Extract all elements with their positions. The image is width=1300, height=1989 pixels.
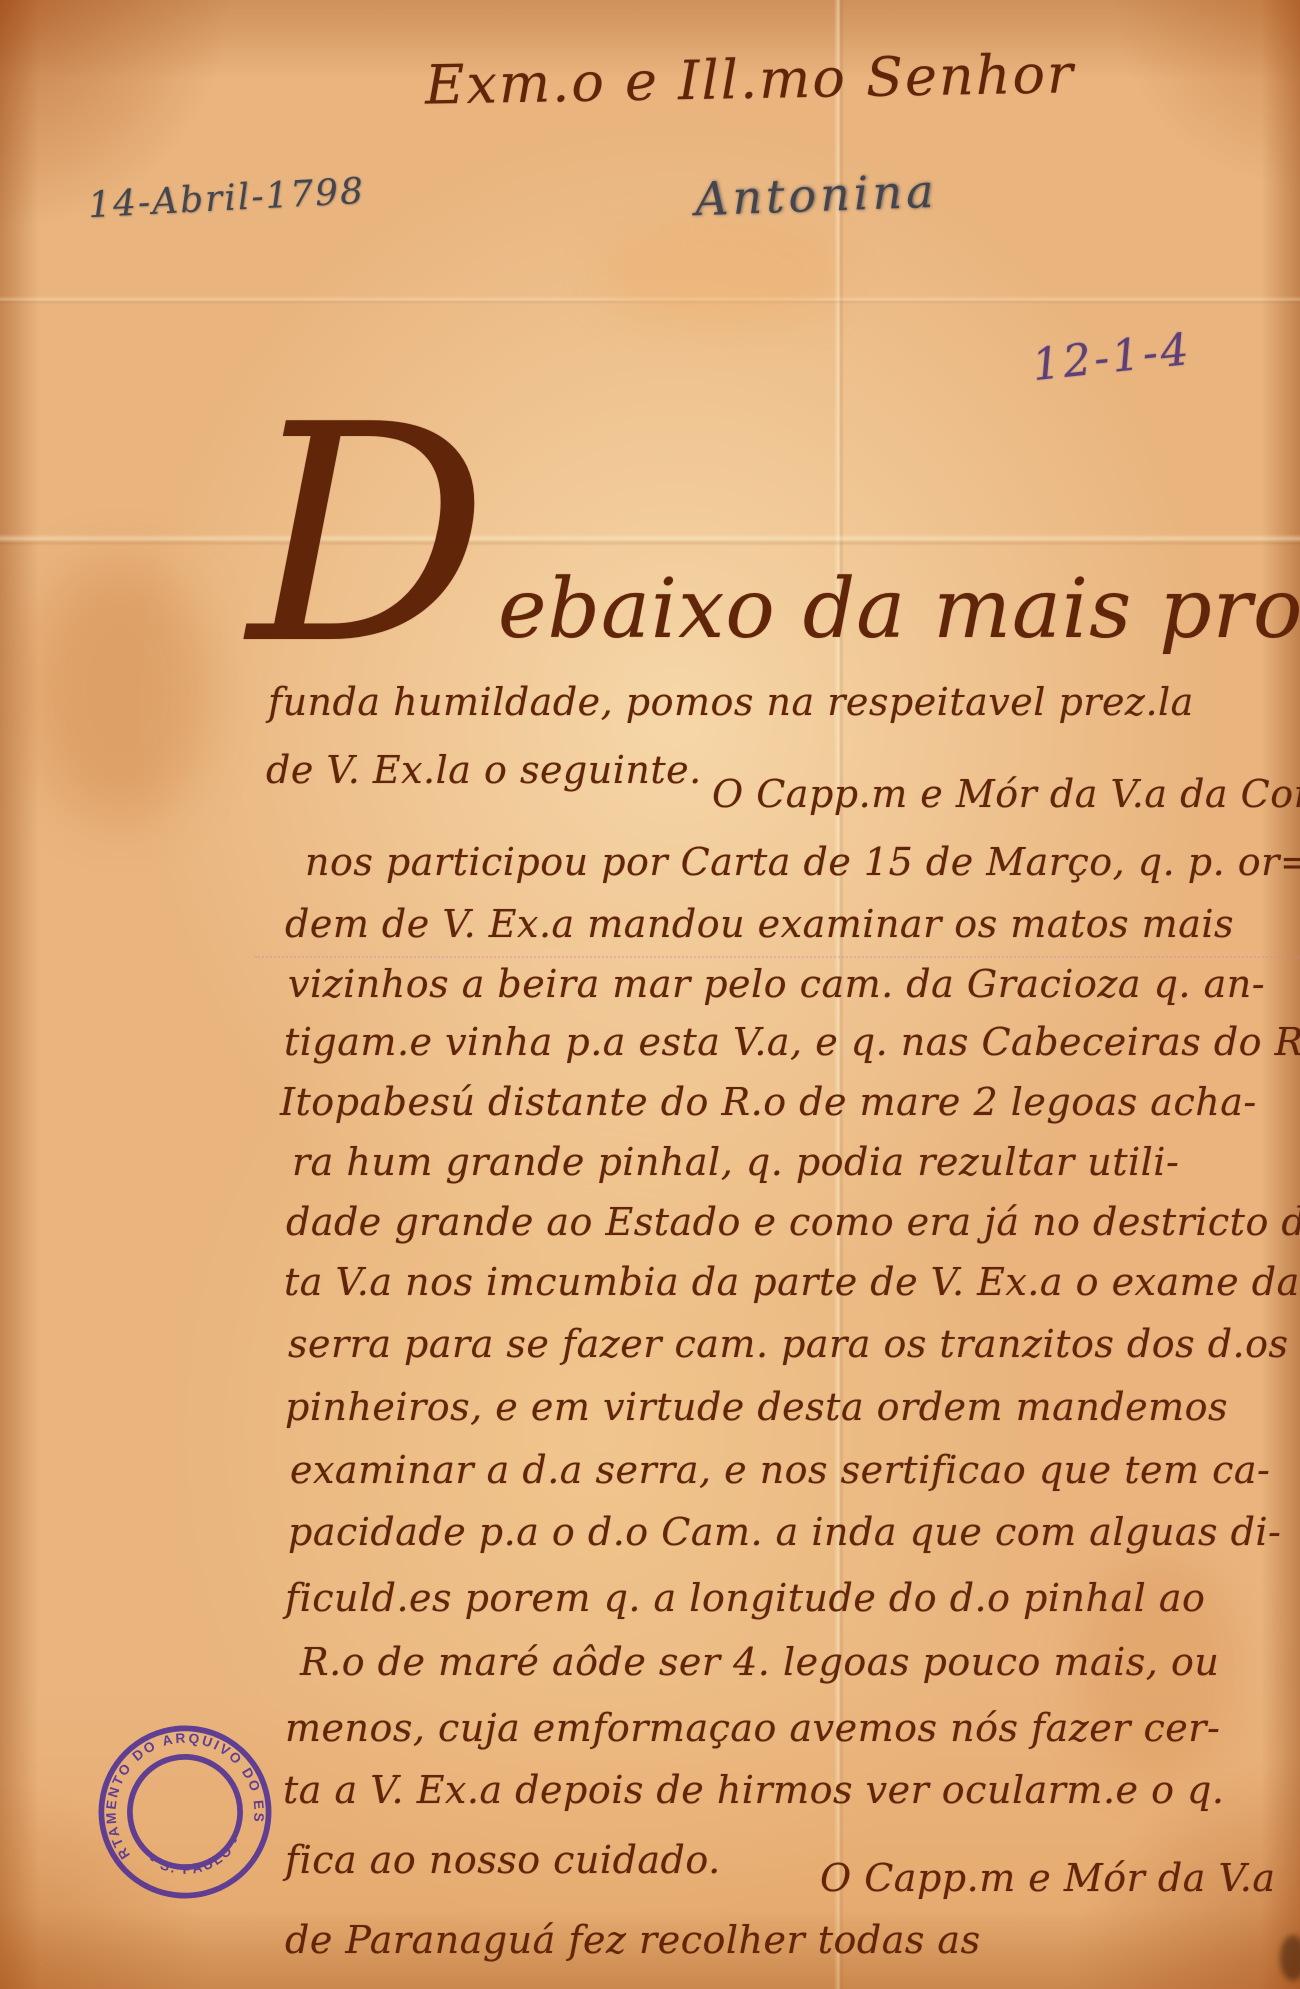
manuscript-line: de Paranaguá fez recolher todas as (285, 1918, 981, 1962)
manuscript-line: dem de V. Ex.a mandou examinar os matos … (285, 902, 1234, 946)
stamp-inner-circle (118, 1745, 252, 1879)
manuscript-line: O Capp.m e Mór da V.a (820, 1856, 1276, 1900)
manuscript-line: ficuld.es porem q. a longitude do d.o pi… (285, 1576, 1205, 1620)
opening-line-text: ebaixo da mais pro— (498, 562, 1300, 657)
page-corner-curl (1280, 1935, 1300, 1981)
opening-drop-cap: D (248, 428, 489, 644)
manuscript-line: ta a V. Ex.a depois de hirmos ver ocular… (283, 1768, 1224, 1812)
manuscript-line: Itopabesú distante do R.o de mare 2 lego… (280, 1080, 1257, 1124)
manuscript-line: vizinhos a beira mar pelo cam. da Gracio… (288, 962, 1265, 1006)
manuscript-line: funda humildade, pomos na respeitavel pr… (268, 680, 1194, 724)
pencil-date-annotation: 14-Abril-1798 (87, 171, 366, 226)
manuscript-line: de V. Ex.la o seguinte. (266, 748, 702, 792)
manuscript-line: ta V.a nos imcumbia da parte de V. Ex.a … (284, 1260, 1300, 1304)
paper-stain (30, 560, 210, 820)
manuscript-line: ra hum grande pinhal, q. podia rezultar … (292, 1140, 1179, 1184)
scan-artifact-line (255, 956, 1300, 958)
pencil-place-annotation: Antonina (694, 164, 938, 226)
manuscript-line: pacidade p.a o d.o Cam. a inda que com a… (288, 1510, 1281, 1554)
paper-fold-horizontal (0, 534, 1300, 546)
manuscript-line: O Capp.m e Mór da V.a da Cor.a (712, 772, 1300, 816)
manuscript-line: menos, cuja emformaçao avemos nós fazer … (285, 1706, 1220, 1750)
manuscript-line: pinheiros, e em virtude desta ordem mand… (285, 1385, 1228, 1429)
manuscript-line: tigam.e vinha p.a esta V.a, e q. nas Cab… (284, 1020, 1300, 1064)
manuscript-line: nos participou por Carta de 15 de Março,… (305, 840, 1300, 884)
archive-code-annotation: 12-1-4 (1030, 324, 1194, 391)
manuscript-line: examinar a d.a serra, e nos sertificao q… (290, 1448, 1270, 1492)
salutation-line: Exm.o e Ill.mo Senhor (424, 42, 1075, 116)
manuscript-line: serra para se fazer cam. para os tranzit… (288, 1322, 1288, 1366)
manuscript-line: dade grande ao Estado e como era já no d… (286, 1200, 1300, 1244)
manuscript-line: R.o de maré aôde ser 4. legoas pouco mai… (300, 1640, 1219, 1684)
manuscript-page: Exm.o e Ill.mo Senhor 14-Abril-1798 Anto… (0, 0, 1300, 1989)
paper-stain (600, 220, 840, 330)
manuscript-line: fica ao nosso cuidado. (285, 1838, 721, 1882)
